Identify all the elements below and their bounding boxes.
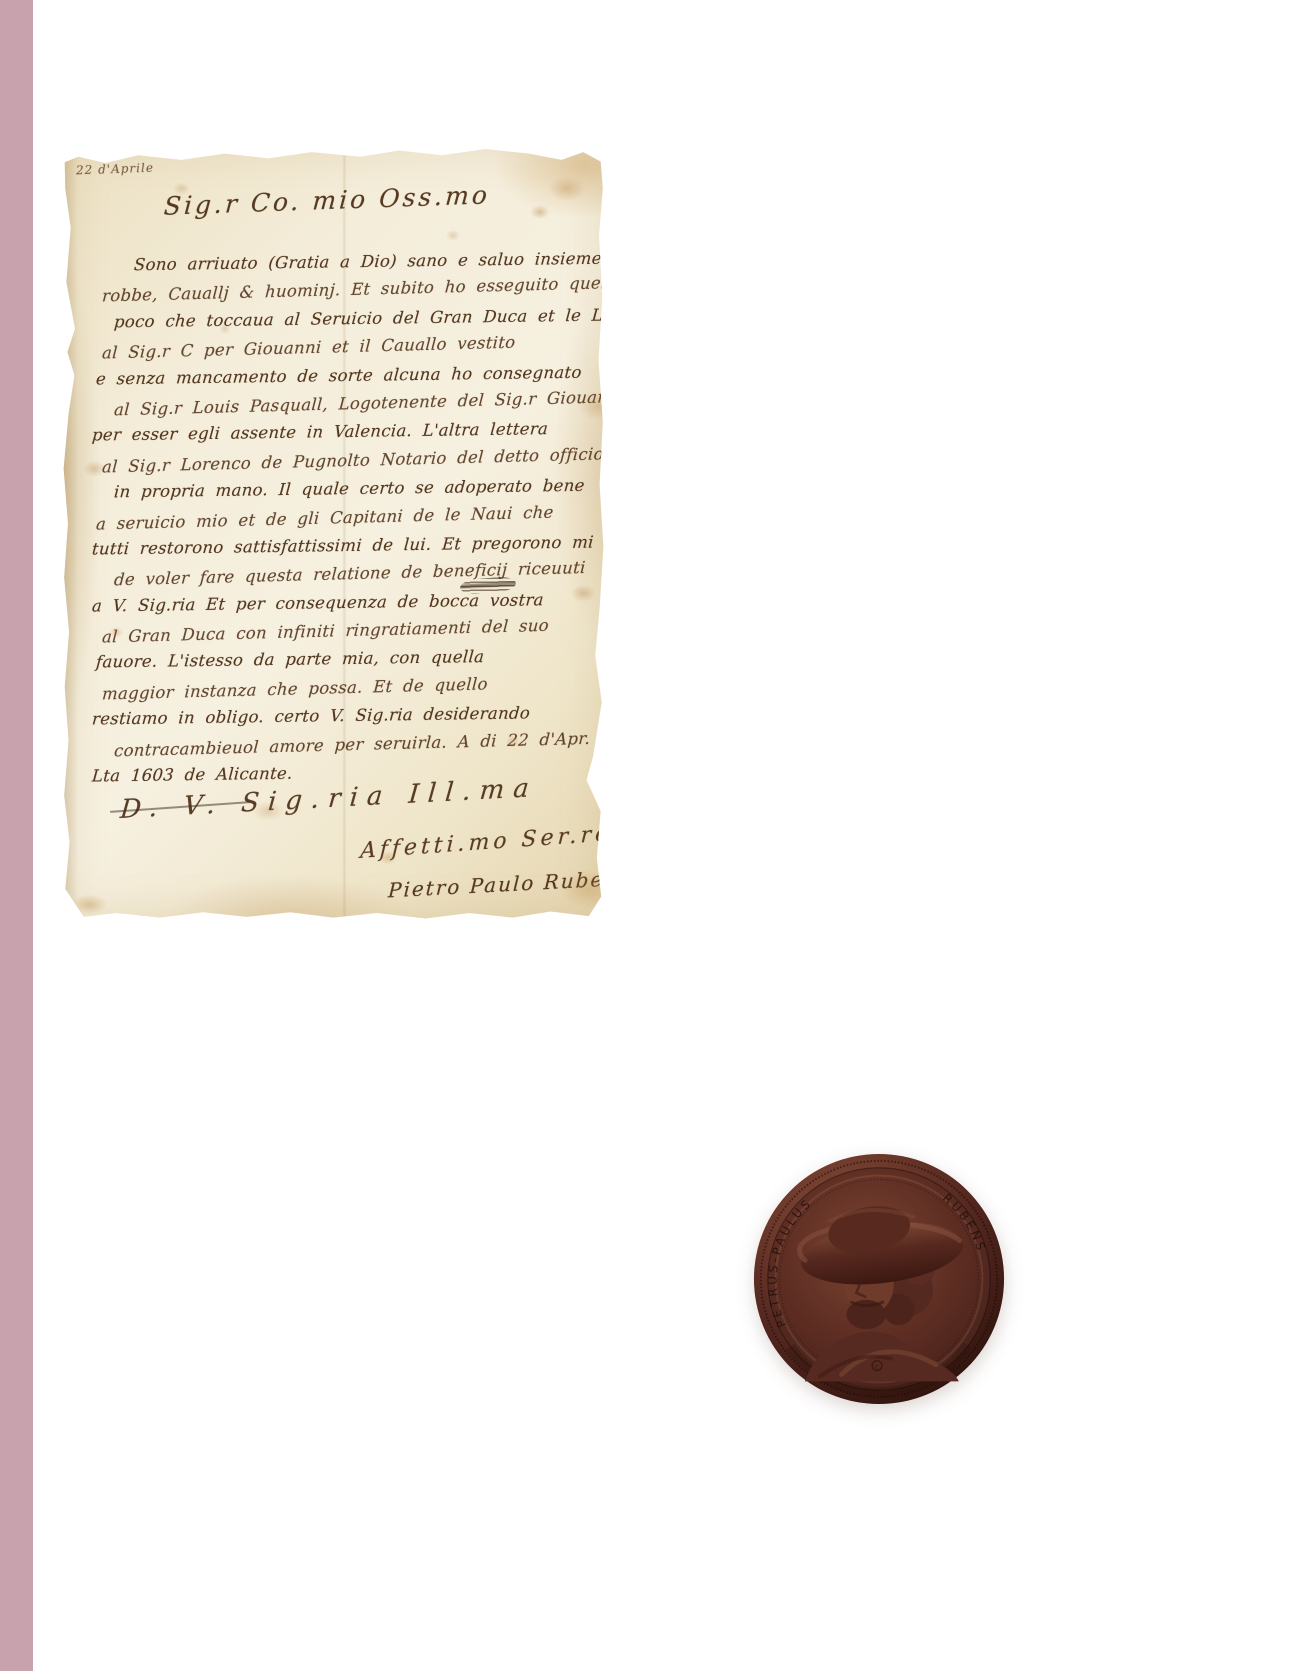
letter-date-annotation: 22 d'Aprile — [76, 161, 154, 178]
rubens-signature: Pietro Paulo Rubens — [388, 866, 633, 903]
closing-valediction: Affetti.mo Ser.re — [360, 821, 613, 864]
manuscript-letter: 22 d'Aprile Sig.r Co. mio Oss.mo Sono ar… — [62, 142, 605, 920]
left-accent-stripe — [0, 0, 33, 1671]
bronze-portrait-medal: PETRUS-PAULUS RUBENS c — [750, 1152, 1008, 1408]
catalog-page: { "page": { "background": "#ffffff", "ac… — [0, 0, 1301, 1671]
svg-text:c: c — [875, 1363, 879, 1372]
letter-body: Sono arriuato (Gratia a Dio) sano e salu… — [92, 248, 597, 787]
letter-heading: Sig.r Co. mio Oss.mo — [161, 180, 493, 221]
rubens-medal-image: PETRUS-PAULUS RUBENS c — [750, 1152, 1008, 1408]
